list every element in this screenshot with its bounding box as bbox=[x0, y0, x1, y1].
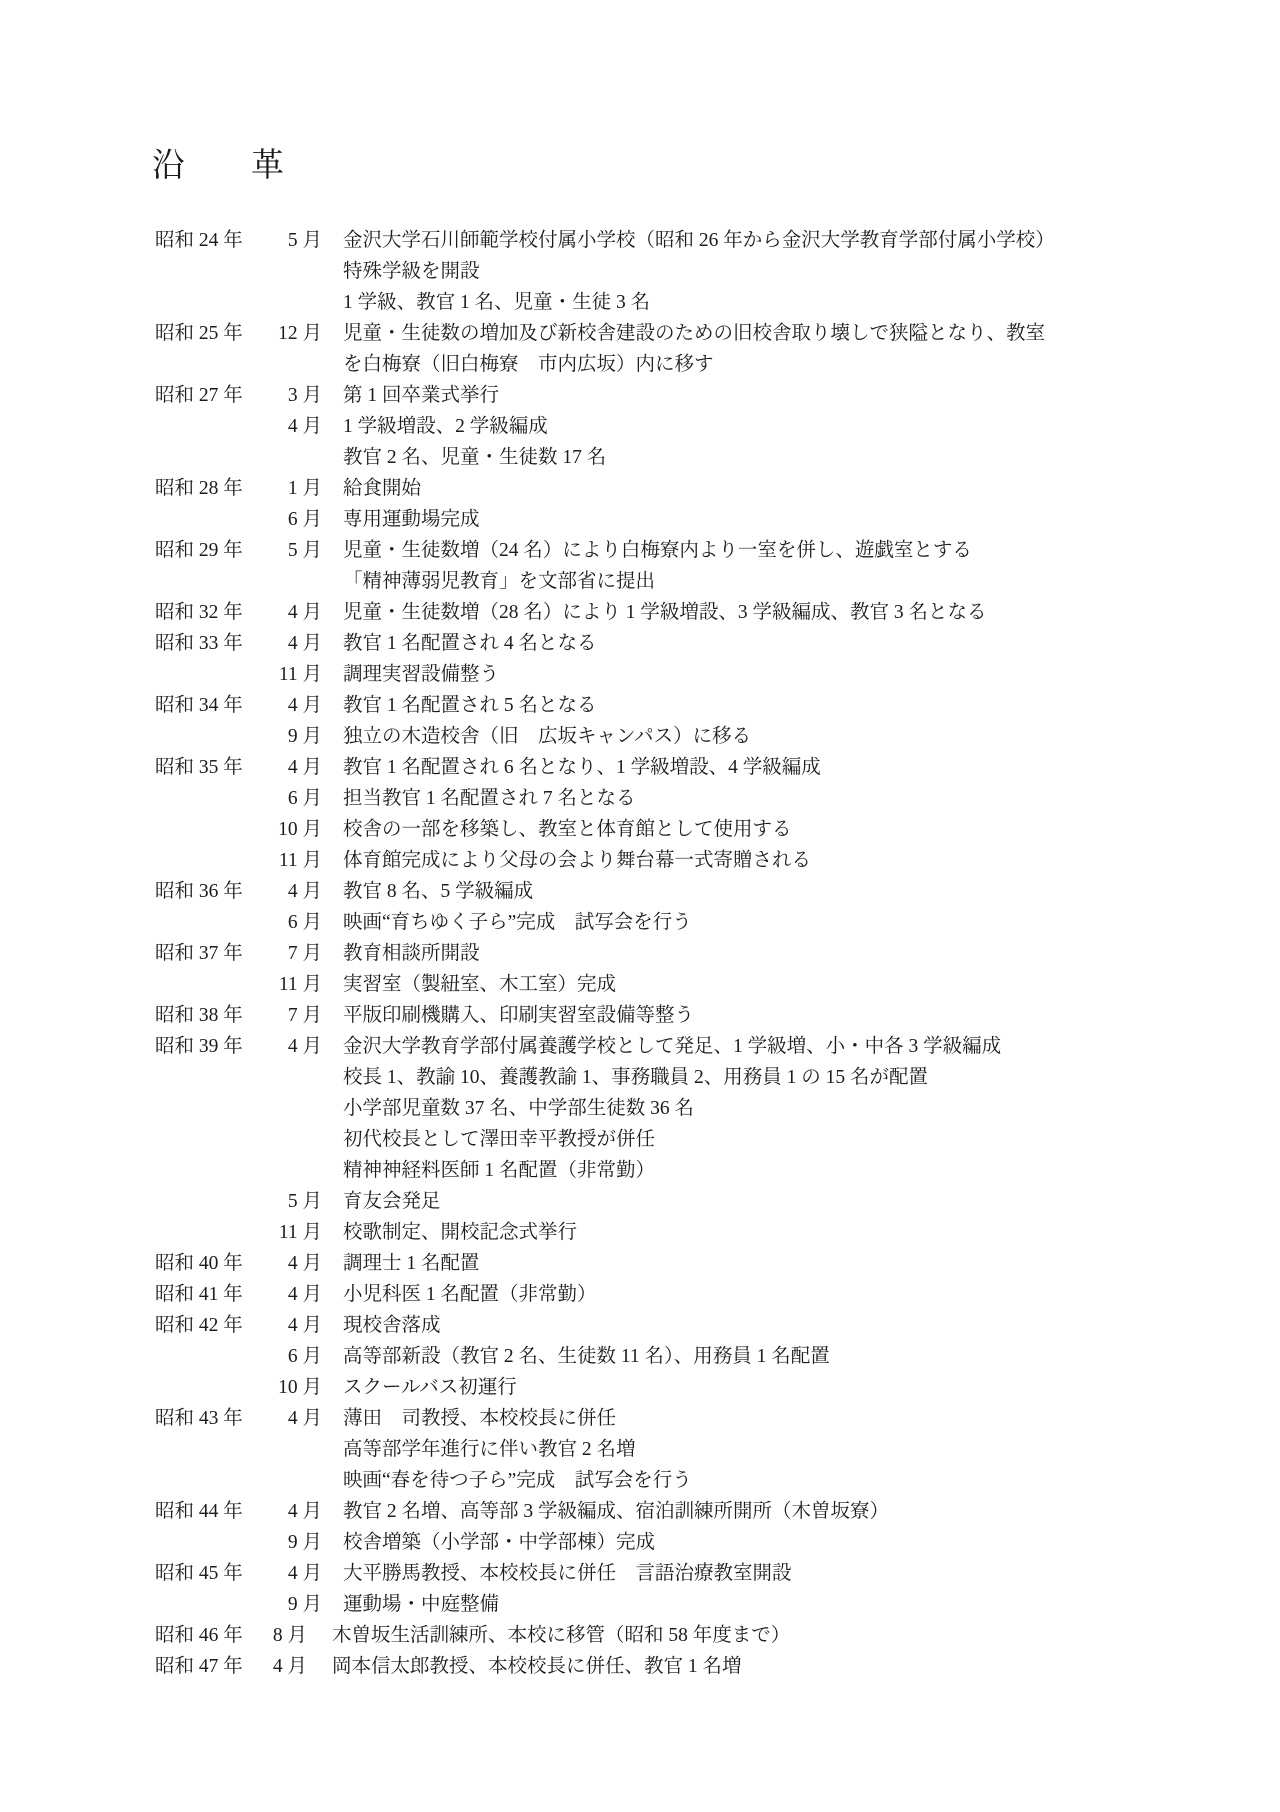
month-label: 4 月 bbox=[262, 1651, 307, 1682]
era-year-label bbox=[155, 969, 262, 1000]
month-label: 5 月 bbox=[262, 225, 322, 256]
era-year-label bbox=[155, 1062, 262, 1093]
event-text: 映画“育ちゆく子ら”完成 試写会を行う bbox=[343, 907, 692, 938]
era-year-label: 昭和 41 年 bbox=[155, 1279, 262, 1310]
era-year-label bbox=[155, 287, 262, 318]
history-row: 「精神薄弱児教育」を文部省に提出 bbox=[0, 566, 1280, 597]
event-text: 教育相談所開設 bbox=[343, 938, 480, 969]
history-row: 昭和 32 年 4 月 児童・生徒数増（28 名）により 1 学級増設、3 学級… bbox=[0, 597, 1280, 628]
month-label: 4 月 bbox=[262, 1248, 322, 1279]
month-label bbox=[262, 566, 322, 597]
event-text: 調理実習設備整う bbox=[343, 659, 499, 690]
history-row: 10 月 校舎の一部を移築し、教室と体育館として使用する bbox=[0, 814, 1280, 845]
history-row: 昭和 25 年 12 月 児童・生徒数の増加及び新校舎建設のための旧校舎取り壊し… bbox=[0, 318, 1280, 349]
era-year-label: 昭和 47 年 bbox=[155, 1651, 262, 1682]
history-row: 昭和 38 年 7 月 平版印刷機購入、印刷実習室設備等整う bbox=[0, 1000, 1280, 1031]
era-year-label bbox=[155, 1434, 262, 1465]
era-year-label bbox=[155, 1217, 262, 1248]
month-label: 4 月 bbox=[262, 411, 322, 442]
month-label: 11 月 bbox=[262, 659, 322, 690]
history-row: 11 月 校歌制定、開校記念式挙行 bbox=[0, 1217, 1280, 1248]
month-label: 8 月 bbox=[262, 1620, 307, 1651]
event-text: 校舎の一部を移築し、教室と体育館として使用する bbox=[343, 814, 792, 845]
month-label: 12 月 bbox=[262, 318, 322, 349]
era-year-label bbox=[155, 411, 262, 442]
month-label: 9 月 bbox=[262, 721, 322, 752]
month-label: 1 月 bbox=[262, 473, 322, 504]
event-text: 現校舎落成 bbox=[343, 1310, 441, 1341]
event-text: 第 1 回卒業式挙行 bbox=[343, 380, 499, 411]
era-year-label bbox=[155, 1124, 262, 1155]
month-label: 11 月 bbox=[262, 845, 322, 876]
month-label: 4 月 bbox=[262, 1496, 322, 1527]
era-year-label: 昭和 43 年 bbox=[155, 1403, 262, 1434]
month-label: 11 月 bbox=[262, 969, 322, 1000]
history-row: 6 月 高等部新設（教官 2 名、生徒数 11 名）、用務員 1 名配置 bbox=[0, 1341, 1280, 1372]
event-text: 校歌制定、開校記念式挙行 bbox=[343, 1217, 577, 1248]
month-label: 4 月 bbox=[262, 1558, 322, 1589]
era-year-label: 昭和 24 年 bbox=[155, 225, 262, 256]
event-text: 児童・生徒数増（24 名）により白梅寮内より一室を併し、遊戯室とする bbox=[343, 535, 972, 566]
month-label: 6 月 bbox=[262, 504, 322, 535]
era-year-label bbox=[155, 1372, 262, 1403]
month-label bbox=[262, 1155, 322, 1186]
era-year-label bbox=[155, 1093, 262, 1124]
month-label: 4 月 bbox=[262, 1403, 322, 1434]
event-text: 教官 1 名配置され 5 名となる bbox=[343, 690, 597, 721]
month-label: 7 月 bbox=[262, 1000, 322, 1031]
month-label bbox=[262, 256, 322, 287]
history-row: 昭和 36 年 4 月 教官 8 名、5 学級編成 bbox=[0, 876, 1280, 907]
event-text: 給食開始 bbox=[343, 473, 421, 504]
era-year-label: 昭和 33 年 bbox=[155, 628, 262, 659]
event-text: 独立の木造校舎（旧 広坂キャンパス）に移る bbox=[343, 721, 751, 752]
month-label: 3 月 bbox=[262, 380, 322, 411]
event-text: 児童・生徒数の増加及び新校舎建設のための旧校舎取り壊しで狭隘となり、教室 bbox=[343, 318, 1045, 349]
event-text: 高等部新設（教官 2 名、生徒数 11 名）、用務員 1 名配置 bbox=[343, 1341, 830, 1372]
era-year-label bbox=[155, 504, 262, 535]
event-text: 調理士 1 名配置 bbox=[343, 1248, 480, 1279]
event-text: 児童・生徒数増（28 名）により 1 学級増設、3 学級編成、教官 3 名となる bbox=[343, 597, 987, 628]
history-row: 昭和 24 年 5 月 金沢大学石川師範学校付属小学校（昭和 26 年から金沢大… bbox=[0, 225, 1280, 256]
history-row: 昭和 46 年 8 月 木曽坂生活訓練所、本校に移管（昭和 58 年度まで） bbox=[0, 1620, 1280, 1651]
era-year-label: 昭和 34 年 bbox=[155, 690, 262, 721]
era-year-label bbox=[155, 814, 262, 845]
month-label: 6 月 bbox=[262, 783, 322, 814]
era-year-label bbox=[155, 349, 262, 380]
document-page: 沿 革 昭和 24 年 5 月 金沢大学石川師範学校付属小学校（昭和 26 年か… bbox=[0, 0, 1280, 1812]
history-row: 昭和 43 年 4 月 薄田 司教授、本校校長に併任 bbox=[0, 1403, 1280, 1434]
month-label: 10 月 bbox=[262, 814, 322, 845]
history-row: 6 月 専用運動場完成 bbox=[0, 504, 1280, 535]
event-text: 体育館完成により父母の会より舞台幕一式寄贈される bbox=[343, 845, 811, 876]
event-text: 映画“春を待つ子ら”完成 試写会を行う bbox=[343, 1465, 692, 1496]
history-row: 校長 1、教諭 10、養護教諭 1、事務職員 2、用務員 1 の 15 名が配置 bbox=[0, 1062, 1280, 1093]
month-label: 4 月 bbox=[262, 876, 322, 907]
history-row: 10 月 スクールバス初運行 bbox=[0, 1372, 1280, 1403]
month-label bbox=[262, 442, 322, 473]
event-text: 育友会発足 bbox=[343, 1186, 441, 1217]
history-row: 高等部学年進行に伴い教官 2 名増 bbox=[0, 1434, 1280, 1465]
era-year-label: 昭和 29 年 bbox=[155, 535, 262, 566]
era-year-label: 昭和 32 年 bbox=[155, 597, 262, 628]
month-label bbox=[262, 1093, 322, 1124]
event-text: 校長 1、教諭 10、養護教諭 1、事務職員 2、用務員 1 の 15 名が配置 bbox=[343, 1062, 928, 1093]
era-year-label: 昭和 40 年 bbox=[155, 1248, 262, 1279]
history-row: 小学部児童数 37 名、中学部生徒数 36 名 bbox=[0, 1093, 1280, 1124]
era-year-label: 昭和 45 年 bbox=[155, 1558, 262, 1589]
era-year-label bbox=[155, 1341, 262, 1372]
page-title: 沿 革 bbox=[152, 148, 284, 184]
event-text: 初代校長として澤田幸平教授が併任 bbox=[343, 1124, 655, 1155]
era-year-label: 昭和 27 年 bbox=[155, 380, 262, 411]
event-text: 小児科医 1 名配置（非常勤） bbox=[343, 1279, 597, 1310]
history-list: 昭和 24 年 5 月 金沢大学石川師範学校付属小学校（昭和 26 年から金沢大… bbox=[0, 225, 1280, 1682]
era-year-label bbox=[155, 1186, 262, 1217]
event-text: 運動場・中庭整備 bbox=[343, 1589, 499, 1620]
event-text: 「精神薄弱児教育」を文部省に提出 bbox=[343, 566, 655, 597]
history-row: 9 月 運動場・中庭整備 bbox=[0, 1589, 1280, 1620]
history-row: 昭和 37 年 7 月 教育相談所開設 bbox=[0, 938, 1280, 969]
era-year-label: 昭和 39 年 bbox=[155, 1031, 262, 1062]
history-row: 精神神経料医師 1 名配置（非常勤） bbox=[0, 1155, 1280, 1186]
event-text: を白梅寮（旧白梅寮 市内広坂）内に移す bbox=[343, 349, 714, 380]
month-label bbox=[262, 287, 322, 318]
era-year-label bbox=[155, 442, 262, 473]
era-year-label bbox=[155, 1589, 262, 1620]
era-year-label bbox=[155, 721, 262, 752]
history-row: 1 学級、教官 1 名、児童・生徒 3 名 bbox=[0, 287, 1280, 318]
era-year-label: 昭和 28 年 bbox=[155, 473, 262, 504]
event-text: 教官 2 名、児童・生徒数 17 名 bbox=[343, 442, 606, 473]
month-label: 9 月 bbox=[262, 1589, 322, 1620]
era-year-label bbox=[155, 907, 262, 938]
month-label bbox=[262, 1434, 322, 1465]
month-label: 4 月 bbox=[262, 597, 322, 628]
history-row: 昭和 29 年 5 月 児童・生徒数増（24 名）により白梅寮内より一室を併し、… bbox=[0, 535, 1280, 566]
era-year-label: 昭和 46 年 bbox=[155, 1620, 262, 1651]
month-label: 5 月 bbox=[262, 1186, 322, 1217]
history-row: 昭和 39 年 4 月 金沢大学教育学部付属養護学校として発足、1 学級増、小・… bbox=[0, 1031, 1280, 1062]
history-row: 4 月 1 学級増設、2 学級編成 bbox=[0, 411, 1280, 442]
month-label: 7 月 bbox=[262, 938, 322, 969]
era-year-label: 昭和 38 年 bbox=[155, 1000, 262, 1031]
month-label: 4 月 bbox=[262, 752, 322, 783]
event-text: 高等部学年進行に伴い教官 2 名増 bbox=[343, 1434, 636, 1465]
month-label: 4 月 bbox=[262, 628, 322, 659]
month-label: 4 月 bbox=[262, 1279, 322, 1310]
era-year-label: 昭和 35 年 bbox=[155, 752, 262, 783]
era-year-label bbox=[155, 256, 262, 287]
era-year-label: 昭和 37 年 bbox=[155, 938, 262, 969]
history-row: 昭和 47 年 4 月 岡本信太郎教授、本校校長に併任、教官 1 名増 bbox=[0, 1651, 1280, 1682]
event-text: 精神神経料医師 1 名配置（非常勤） bbox=[343, 1155, 655, 1186]
era-year-label bbox=[155, 1465, 262, 1496]
event-text: 1 学級、教官 1 名、児童・生徒 3 名 bbox=[343, 287, 650, 318]
event-text: 教官 2 名増、高等部 3 学級編成、宿泊訓練所開所（木曽坂寮） bbox=[343, 1496, 889, 1527]
history-row: 特殊学級を開設 bbox=[0, 256, 1280, 287]
event-text: 木曽坂生活訓練所、本校に移管（昭和 58 年度まで） bbox=[332, 1620, 790, 1651]
month-label bbox=[262, 1465, 322, 1496]
month-label: 4 月 bbox=[262, 1031, 322, 1062]
event-text: スクールバス初運行 bbox=[343, 1372, 517, 1403]
era-year-label bbox=[155, 783, 262, 814]
era-year-label: 昭和 25 年 bbox=[155, 318, 262, 349]
history-row: 映画“春を待つ子ら”完成 試写会を行う bbox=[0, 1465, 1280, 1496]
history-row: 昭和 41 年 4 月 小児科医 1 名配置（非常勤） bbox=[0, 1279, 1280, 1310]
era-year-label bbox=[155, 1527, 262, 1558]
month-label: 5 月 bbox=[262, 535, 322, 566]
history-row: 初代校長として澤田幸平教授が併任 bbox=[0, 1124, 1280, 1155]
era-year-label: 昭和 44 年 bbox=[155, 1496, 262, 1527]
event-text: 薄田 司教授、本校校長に併任 bbox=[343, 1403, 616, 1434]
history-row: 11 月 体育館完成により父母の会より舞台幕一式寄贈される bbox=[0, 845, 1280, 876]
event-text: 教官 8 名、5 学級編成 bbox=[343, 876, 533, 907]
month-label: 9 月 bbox=[262, 1527, 322, 1558]
era-year-label bbox=[155, 659, 262, 690]
event-text: 1 学級増設、2 学級編成 bbox=[343, 411, 548, 442]
history-row: 昭和 34 年 4 月 教官 1 名配置され 5 名となる bbox=[0, 690, 1280, 721]
month-label: 4 月 bbox=[262, 690, 322, 721]
era-year-label bbox=[155, 1155, 262, 1186]
history-row: 昭和 33 年 4 月 教官 1 名配置され 4 名となる bbox=[0, 628, 1280, 659]
event-text: 専用運動場完成 bbox=[343, 504, 480, 535]
event-text: 大平勝馬教授、本校校長に併任 言語治療教室開設 bbox=[343, 1558, 792, 1589]
month-label bbox=[262, 1062, 322, 1093]
event-text: 教官 1 名配置され 6 名となり、1 学級増設、4 学級編成 bbox=[343, 752, 821, 783]
history-row: 9 月 校舎増築（小学部・中学部棟）完成 bbox=[0, 1527, 1280, 1558]
history-row: 6 月 担当教官 1 名配置され 7 名となる bbox=[0, 783, 1280, 814]
history-row: 6 月 映画“育ちゆく子ら”完成 試写会を行う bbox=[0, 907, 1280, 938]
event-text: 金沢大学教育学部付属養護学校として発足、1 学級増、小・中各 3 学級編成 bbox=[343, 1031, 1001, 1062]
history-row: 11 月 調理実習設備整う bbox=[0, 659, 1280, 690]
month-label bbox=[262, 349, 322, 380]
history-row: 昭和 28 年 1 月 給食開始 bbox=[0, 473, 1280, 504]
era-year-label: 昭和 36 年 bbox=[155, 876, 262, 907]
event-text: 金沢大学石川師範学校付属小学校（昭和 26 年から金沢大学教育学部付属小学校） bbox=[343, 225, 1055, 256]
event-text: 教官 1 名配置され 4 名となる bbox=[343, 628, 597, 659]
history-row: 昭和 27 年 3 月 第 1 回卒業式挙行 bbox=[0, 380, 1280, 411]
era-year-label bbox=[155, 566, 262, 597]
month-label: 10 月 bbox=[262, 1372, 322, 1403]
month-label: 6 月 bbox=[262, 907, 322, 938]
event-text: 平版印刷機購入、印刷実習室設備等整う bbox=[343, 1000, 694, 1031]
history-row: 教官 2 名、児童・生徒数 17 名 bbox=[0, 442, 1280, 473]
era-year-label: 昭和 42 年 bbox=[155, 1310, 262, 1341]
month-label: 4 月 bbox=[262, 1310, 322, 1341]
history-row: 昭和 42 年 4 月 現校舎落成 bbox=[0, 1310, 1280, 1341]
history-row: 昭和 40 年 4 月 調理士 1 名配置 bbox=[0, 1248, 1280, 1279]
event-text: 校舎増築（小学部・中学部棟）完成 bbox=[343, 1527, 655, 1558]
history-row: 昭和 45 年 4 月 大平勝馬教授、本校校長に併任 言語治療教室開設 bbox=[0, 1558, 1280, 1589]
era-year-label bbox=[155, 845, 262, 876]
event-text: 小学部児童数 37 名、中学部生徒数 36 名 bbox=[343, 1093, 694, 1124]
event-text: 担当教官 1 名配置され 7 名となる bbox=[343, 783, 636, 814]
history-row: を白梅寮（旧白梅寮 市内広坂）内に移す bbox=[0, 349, 1280, 380]
event-text: 岡本信太郎教授、本校校長に併任、教官 1 名増 bbox=[332, 1651, 742, 1682]
month-label bbox=[262, 1124, 322, 1155]
event-text: 実習室（製紐室、木工室）完成 bbox=[343, 969, 616, 1000]
history-row: 11 月 実習室（製紐室、木工室）完成 bbox=[0, 969, 1280, 1000]
history-row: 昭和 44 年 4 月 教官 2 名増、高等部 3 学級編成、宿泊訓練所開所（木… bbox=[0, 1496, 1280, 1527]
history-row: 昭和 35 年 4 月 教官 1 名配置され 6 名となり、1 学級増設、4 学… bbox=[0, 752, 1280, 783]
history-row: 5 月 育友会発足 bbox=[0, 1186, 1280, 1217]
month-label: 11 月 bbox=[262, 1217, 322, 1248]
month-label: 6 月 bbox=[262, 1341, 322, 1372]
event-text: 特殊学級を開設 bbox=[343, 256, 480, 287]
history-row: 9 月 独立の木造校舎（旧 広坂キャンパス）に移る bbox=[0, 721, 1280, 752]
